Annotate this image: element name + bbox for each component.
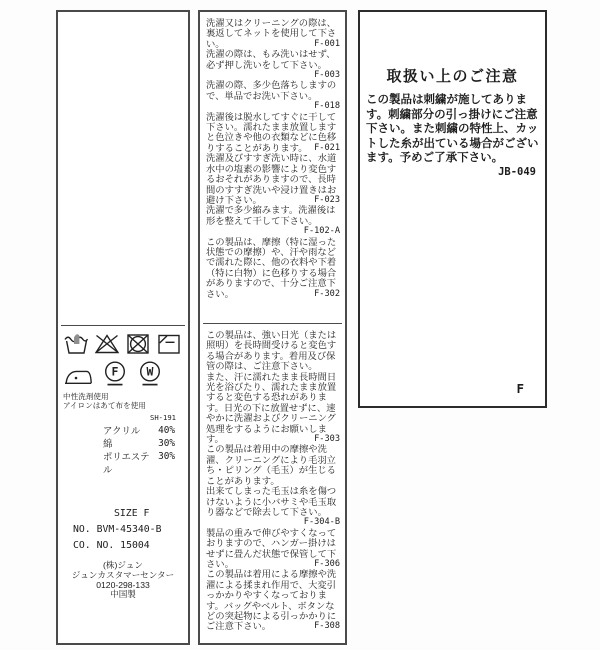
handling-notice-body: この製品は刺繍が施してあります。刺繍部分の引っ掛けにご注意下さい。また刺繍の特性…: [366, 93, 540, 166]
handling-notice-label: 取扱い上のご注意 この製品は刺繍が施してあります。刺繍部分の引っ掛けにご注意下さ…: [358, 10, 547, 408]
wet-clean-icon: W: [137, 360, 163, 387]
care-item-text: 洗濯で多少縮みます。洗濯後は形を整えて干して下さい。: [206, 205, 335, 225]
composition-row: アクリル 40%: [103, 424, 175, 437]
left-label-content: F W 中性洗剤使用 アイロンはあて布を使用 SH-191: [63, 332, 183, 476]
care-instructions-section-1: 洗濯又はクリーニングの際は、裏返してネットを使用して下さい。F-001 洗濯の際…: [206, 18, 340, 299]
size-mark: F: [516, 381, 524, 396]
care-item: 洗濯の際、多少色落ちしますので、単品でお洗い下さい。F-018: [206, 80, 340, 111]
care-item-code: F-304-B: [304, 517, 340, 527]
product-identifiers: SIZE F NO. BVM-45340-B CO. NO. 15004 (株)…: [58, 507, 188, 600]
care-item-code: F-306: [314, 559, 340, 569]
flat-dry-in-shade-icon: [156, 332, 182, 356]
svg-text:W: W: [147, 365, 154, 379]
handling-notice-code: JB-049: [360, 166, 536, 178]
label-code: SH-191: [63, 413, 176, 422]
hand-wash-icon: [63, 332, 89, 356]
care-labels-scan: F W 中性洗剤使用 アイロンはあて布を使用 SH-191: [0, 0, 600, 650]
care-item: この製品は、摩擦（特に湿った状態での摩擦）や、汗や雨などで濡れた際に、他の衣料や…: [206, 237, 340, 299]
fiber-composition: アクリル 40% 綿 30% ポリエステル 30%: [103, 424, 175, 476]
care-item: 洗濯又はクリーニングの際は、裏返してネットを使用して下さい。F-001: [206, 18, 340, 49]
care-item: 洗濯の際は、もみ洗いはせず、必ず押し洗いをして下さい。F-003: [206, 49, 340, 80]
composition-row: 綿 30%: [103, 437, 175, 450]
care-item-code: F-023: [314, 195, 340, 205]
country-of-origin: 中国製: [58, 590, 188, 600]
do-not-tumble-dry-icon: [125, 332, 151, 356]
composition-label: F W 中性洗剤使用 アイロンはあて布を使用 SH-191: [56, 10, 190, 645]
product-number: NO. BVM-45340-B: [73, 523, 188, 536]
care-item-code: F-308: [314, 621, 340, 631]
material-percent: 40%: [158, 424, 175, 437]
care-item-code: F-303: [314, 434, 340, 444]
dry-clean-petroleum-icon: F: [102, 360, 128, 387]
care-instructions-label: 洗濯又はクリーニングの際は、裏返してネットを使用して下さい。F-001 洗濯の際…: [198, 10, 347, 645]
care-item-code: F-102-A: [304, 226, 340, 236]
note-line: 中性洗剤使用: [63, 392, 183, 401]
care-item-code: F-021: [314, 143, 340, 153]
care-item-code: F-003: [314, 70, 340, 80]
care-item: 洗濯後は脱水してすぐに干して下さい。濡れたまま放置しますと色泣きや他の衣類などに…: [206, 112, 340, 154]
care-item-code: F-001: [314, 39, 340, 49]
care-item: 洗濯で多少縮みます。洗濯後は形を整えて干して下さい。F-102-A: [206, 205, 340, 236]
care-item: 洗濯及びすすぎ洗い時に、水道水中の塩素の影響により変色するおそれがありますので、…: [206, 153, 340, 205]
middle-label-divider: [203, 323, 342, 324]
care-item: 製品の重みで伸びやすくなっておりますので、ハンガー掛けはせずに畳んだ状態で保管し…: [206, 528, 340, 570]
care-item: この製品は着用中の摩擦や洗濯、クリーニングにより毛羽立ち・ピリング（毛玉）が生じ…: [206, 444, 340, 527]
material-name: 綿: [103, 437, 112, 450]
care-item: この製品は、強い日光（または照明）を長時間受けると変色する場合があります。着用及…: [206, 330, 340, 444]
care-symbols-row-2: F W: [63, 360, 183, 387]
care-symbols-row-1: [63, 332, 183, 356]
care-item-text: この製品は着用中の摩擦や洗濯、クリーニングにより毛羽立ち・ピリング（毛玉）が生じ…: [206, 444, 336, 516]
handling-notice-title: 取扱い上のご注意: [360, 65, 545, 86]
care-item-code: F-018: [314, 101, 340, 111]
material-name: アクリル: [103, 424, 140, 437]
co-number: CO. NO. 15004: [73, 539, 188, 552]
composition-row: ポリエステル 30%: [103, 450, 175, 476]
care-item-text: この製品は、強い日光（または照明）を長時間受けると変色する場合があります。着用及…: [206, 330, 336, 444]
iron-icon: [63, 363, 93, 387]
svg-text:F: F: [112, 365, 119, 379]
note-line: アイロンはあて布を使用: [63, 401, 183, 410]
do-not-bleach-icon: [94, 332, 120, 356]
care-item-code: F-302: [314, 289, 340, 299]
material-name: ポリエステル: [103, 450, 158, 476]
left-label-divider: [61, 325, 185, 326]
care-item-text: 洗濯の際は、もみ洗いはせず、必ず押し洗いをして下さい。: [206, 49, 335, 69]
material-percent: 30%: [158, 450, 175, 476]
material-percent: 30%: [158, 437, 175, 450]
detergent-notes: 中性洗剤使用 アイロンはあて布を使用: [63, 392, 183, 410]
care-instructions-section-2: この製品は、強い日光（または照明）を長時間受けると変色する場合があります。着用及…: [206, 330, 340, 632]
company-info: (株)ジュン ジュンカスタマーセンター 0120-298-133 中国製: [58, 561, 188, 600]
care-item: この製品は着用による摩擦や洗濯による揉まれ作用で、大変引っかかりやすくなっており…: [206, 569, 340, 631]
care-item-text: 洗濯の際、多少色落ちしますので、単品でお洗い下さい。: [206, 80, 336, 100]
size-label: SIZE F: [114, 507, 188, 520]
